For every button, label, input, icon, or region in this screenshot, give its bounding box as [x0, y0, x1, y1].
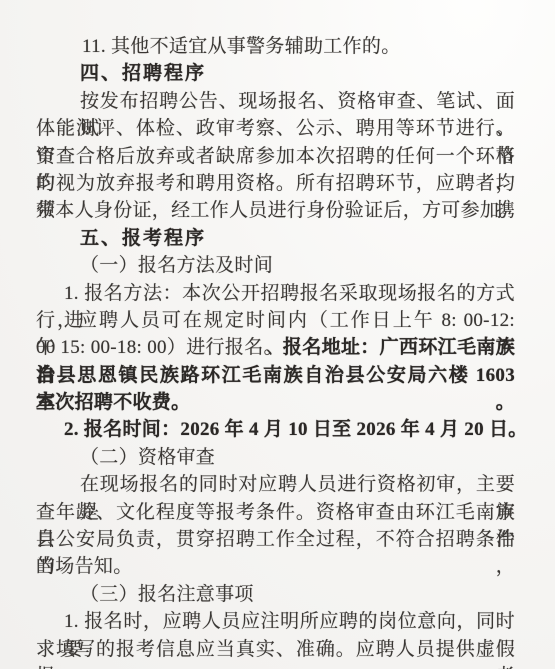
paragraph-notes-line-1: 1. 报名时，应聘人员应注明所应聘的岗位意向，同时要 [36, 608, 515, 635]
registration-time-range-text: 午 15: 00-18: 00）进行报名。 [36, 337, 283, 358]
paragraph-procedure-line-5: 带本人身份证，经工作人员进行身份验证后，方可参加。 [36, 197, 515, 224]
paragraph-qualification-line-3: 县公安局负责，贯穿招聘工作全过程，不符合招聘条件的， [36, 526, 515, 553]
paragraph-procedure-line-3: 审查合格后放弃或者缺席参加本次招聘的任何一个环节的， [36, 143, 515, 170]
section-heading-application-procedure: 五、报考程序 [36, 225, 515, 252]
subsection-heading-registration-method: （一）报名方法及时间 [36, 252, 515, 279]
list-item-11: 11. 其他不适宜从事警务辅助工作的。 [36, 33, 515, 60]
paragraph-registration-method-line-1: 1. 报名方法：本次公开招聘报名采取现场报名的方式进 [36, 280, 515, 307]
document-page: 11. 其他不适宜从事警务辅助工作的。 四、招聘程序 按发布招聘公告、现场报名、… [0, 0, 515, 663]
paragraph-registration-method-line-3: 午 15: 00-18: 00）进行报名。报名地址：广西环江毛南族自 [36, 334, 515, 361]
paragraph-registration-address-line-2: 治县思恩镇民族路环江毛南族自治县公安局六楼 1603 室。 [36, 362, 515, 389]
paragraph-registration-time: 2. 报名时间：2026 年 4 月 10 日至 2026 年 4 月 20 日… [36, 416, 515, 443]
paragraph-registration-method-line-2: 行，应聘人员可在规定时间内（工作日上午 8: 00-12: 00、下 [36, 307, 515, 334]
section-heading-recruitment-procedure: 四、招聘程序 [36, 60, 515, 87]
subsection-heading-registration-notes: （三）报名注意事项 [36, 581, 515, 608]
paragraph-notes-line-2: 求填写的报考信息应当真实、准确。应聘人员提供虚假报考 [36, 636, 515, 663]
paragraph-procedure-line-2: 体能测评、体检、政审考察、公示、聘用等环节进行。资格 [36, 115, 515, 142]
paragraph-procedure-line-4: 均视为放弃报考和聘用资格。所有招聘环节，应聘者均须携 [36, 170, 515, 197]
paragraph-procedure-line-1: 按发布招聘公告、现场报名、资格审查、笔试、面试、 [36, 88, 515, 115]
paragraph-qualification-line-2: 查年龄、文化程度等报考条件。资格审查由环江毛南族自治 [36, 499, 515, 526]
paragraph-qualification-line-1: 在现场报名的同时对应聘人员进行资格初审，主要是审 [36, 471, 515, 498]
subsection-heading-qualification-review: （二）资格审查 [36, 444, 515, 471]
